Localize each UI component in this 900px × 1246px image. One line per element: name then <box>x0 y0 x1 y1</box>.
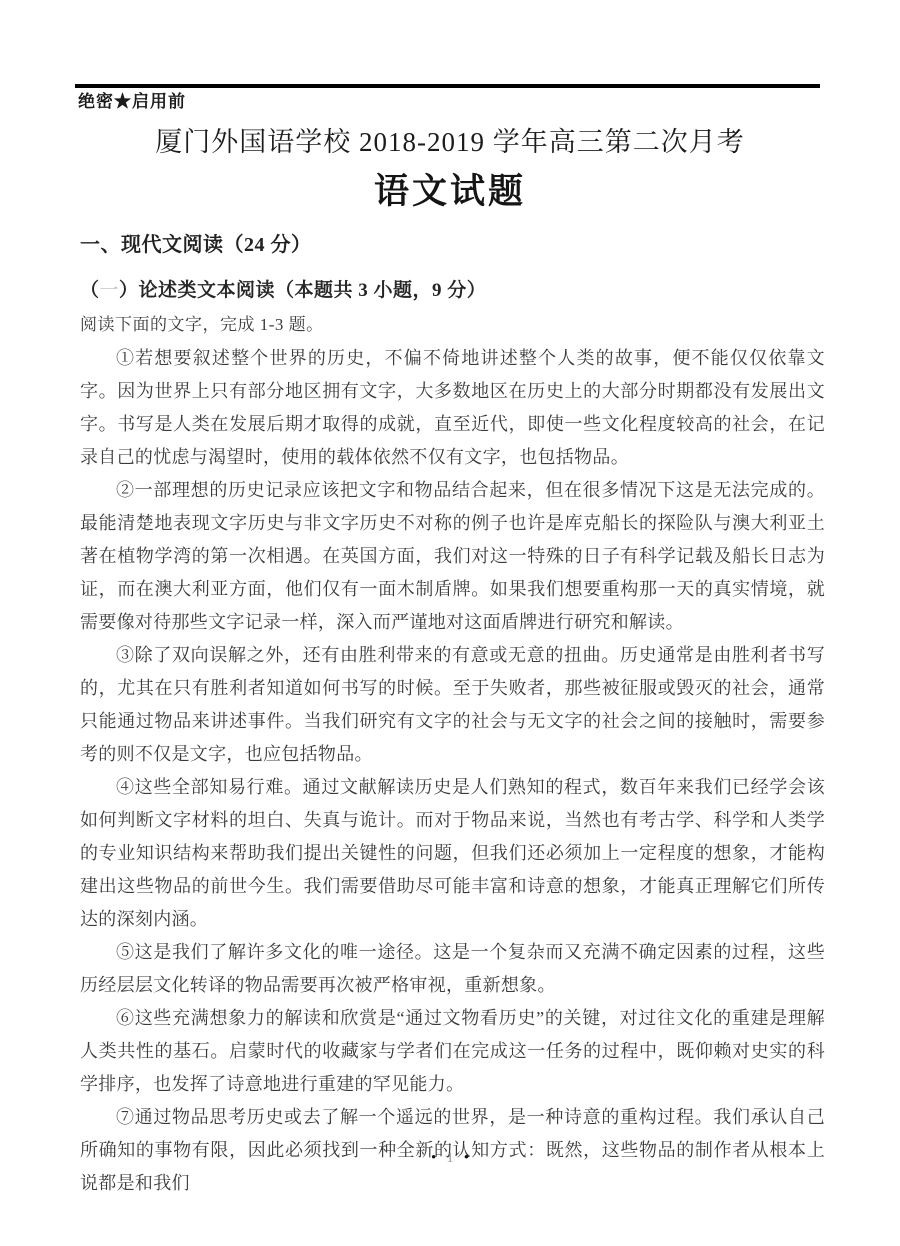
footer-left-dot: • <box>421 1150 446 1166</box>
reading-instruction: 阅读下面的文字，完成 1-3 题。 <box>80 314 825 336</box>
page-footer: •1• <box>0 1150 900 1167</box>
exam-title: 厦门外国语学校 2018-2019 学年高三第二次月考 <box>0 126 900 158</box>
reading-passage: ①若想要叙述整个世界的历史，不偏不倚地讲述整个人类的故事，便不能仅仅依靠文字。因… <box>80 342 825 1200</box>
main-content: 一、现代文阅读（24 分） （一）论述类文本阅读（本题共 3 小题，9 分） 阅… <box>80 232 825 1200</box>
subheading-rest: ）论述类文本阅读（本题共 3 小题，9 分） <box>119 280 486 301</box>
passage-paragraph-3: ③除了双向误解之外，还有由胜利带来的有意或无意的扭曲。历史通常是由胜利者书写的，… <box>80 639 825 771</box>
exam-paper-page: 绝密★启用前 厦门外国语学校 2018-2019 学年高三第二次月考 语文试题 … <box>0 0 900 1246</box>
subheading-open-paren: （ <box>80 280 100 301</box>
passage-paragraph-4: ④这些全部知易行难。通过文献解读历史是人们熟知的程式，数百年来我们已经学会该如何… <box>80 771 825 936</box>
passage-subheading: （一）论述类文本阅读（本题共 3 小题，9 分） <box>80 278 825 303</box>
classification-label: 绝密★启用前 <box>78 91 900 113</box>
section-heading: 一、现代文阅读（24 分） <box>80 232 825 258</box>
passage-paragraph-5: ⑤这是我们了解许多文化的唯一途径。这是一个复杂而又充满不确定因素的过程，这些历经… <box>80 936 825 1002</box>
passage-paragraph-2: ②一部理想的历史记录应该把文字和物品结合起来，但在很多情况下这是无法完成的。最能… <box>80 474 825 639</box>
passage-paragraph-6: ⑥这些充满想象力的解读和欣赏是“通过文物看历史”的关键，对过往文化的重建是理解人… <box>80 1002 825 1101</box>
footer-right-dot: • <box>454 1150 479 1166</box>
page-number: 1 <box>446 1150 454 1166</box>
paper-title: 语文试题 <box>0 172 900 212</box>
top-security-rule <box>75 84 820 88</box>
passage-paragraph-1: ①若想要叙述整个世界的历史，不偏不倚地讲述整个人类的故事，便不能仅仅依靠文字。因… <box>80 342 825 474</box>
subheading-number-faint: 一 <box>100 280 120 301</box>
